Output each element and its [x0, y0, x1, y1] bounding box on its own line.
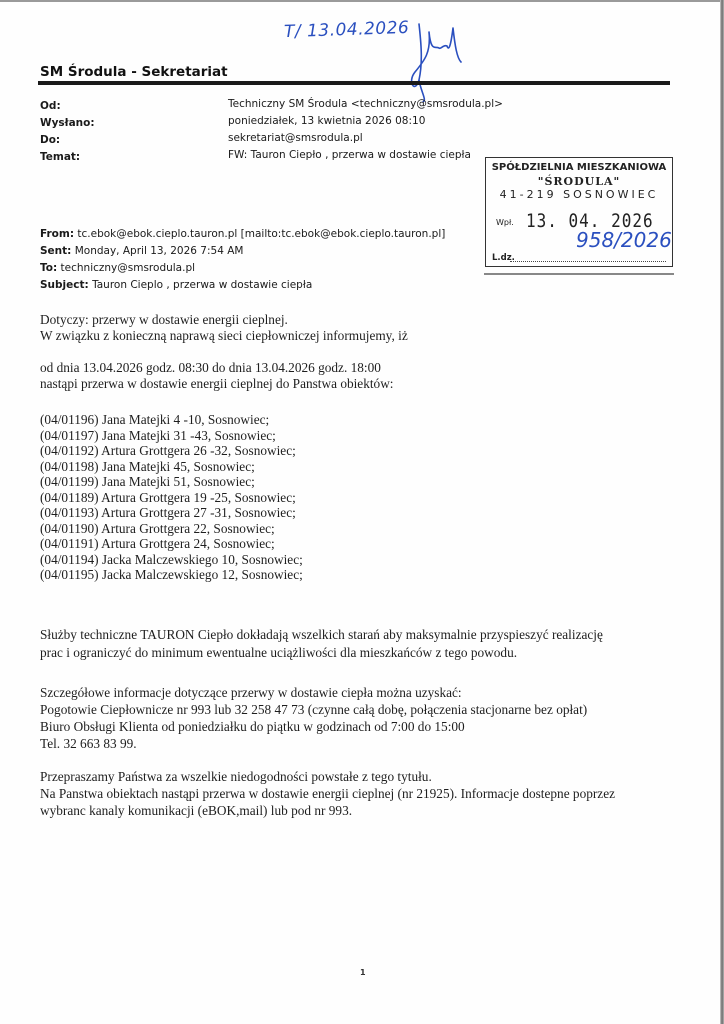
- body-line: Pogotowie Ciepłownicze nr 993 lub 32 258…: [40, 702, 587, 718]
- body-line: Dotyczy: przerwy w dostawie energii ciep…: [40, 312, 288, 328]
- scanned-document-page: T/ 13.04.2026 SM Środula - Sekretariat O…: [0, 0, 724, 1024]
- stamp-received-label: Wpł.: [496, 218, 514, 227]
- list-item: (04/01193) Artura Grottgera 27 -31, Sosn…: [40, 505, 303, 521]
- list-item: (04/01196) Jana Matejki 4 -10, Sosnowiec…: [40, 412, 303, 428]
- body-line: od dnia 13.04.2026 godz. 08:30 do dnia 1…: [40, 360, 381, 376]
- list-item: (04/01189) Artura Grottgera 19 -25, Sosn…: [40, 490, 303, 506]
- page-number: 1: [360, 968, 366, 977]
- forwarded-from: From: tc.ebok@ebok.cieplo.tauron.pl [mai…: [40, 228, 445, 240]
- handwritten-date-annotation: T/ 13.04.2026: [284, 18, 410, 42]
- header-label-from: Od:: [40, 100, 61, 112]
- header-label-to: Do:: [40, 134, 60, 146]
- list-item: (04/01190) Artura Grottgera 22, Sosnowie…: [40, 521, 303, 537]
- stamp-org-line: SPÓŁDZIELNIA MIESZKANIOWA: [486, 162, 672, 173]
- stamp-shadow-rule: [484, 273, 674, 275]
- stamp-address-line: 41-219 SOSNOWIEC: [486, 188, 672, 201]
- header-label-subject: Temat:: [40, 151, 80, 163]
- stamp-dotted-line: [510, 261, 666, 262]
- body-line: nastąpi przerwa w dostawie energii ciepl…: [40, 376, 394, 392]
- list-item: (04/01192) Artura Grottgera 26 -32, Sosn…: [40, 443, 303, 459]
- body-line: Biuro Obsługi Klienta od poniedziałku do…: [40, 719, 465, 735]
- list-item: (04/01197) Jana Matejki 31 -43, Sosnowie…: [40, 428, 303, 444]
- scan-edge-right: [720, 0, 724, 1024]
- registry-stamp: SPÓŁDZIELNIA MIESZKANIOWA "ŚRODULA" 41-2…: [485, 157, 673, 267]
- signature-icon: [405, 22, 465, 102]
- header-label-sent: Wysłano:: [40, 117, 95, 129]
- list-item: (04/01198) Jana Matejki 45, Sosnowiec;: [40, 459, 303, 475]
- body-line: Tel. 32 663 83 99.: [40, 736, 137, 752]
- list-item: (04/01191) Artura Grottgera 24, Sosnowie…: [40, 536, 303, 552]
- title-divider: [38, 81, 670, 85]
- body-line: Przepraszamy Państwa za wszelkie niedogo…: [40, 769, 432, 785]
- body-line: W związku z konieczną naprawą sieci ciep…: [40, 328, 408, 344]
- body-line: Szczegółowe informacje dotyczące przerwy…: [40, 685, 462, 701]
- body-line: wybranc kanaly komunikacji (eBOK,mail) l…: [40, 803, 352, 819]
- body-line: Służby techniczne TAURON Ciepło dokładaj…: [40, 627, 603, 643]
- header-value-to: sekretariat@smsrodula.pl: [228, 132, 363, 144]
- stamp-name-line: "ŚRODULA": [486, 175, 672, 188]
- stamp-registry-number: 958/2026: [576, 228, 672, 252]
- forwarded-subject: Subject: Tauron Cieplo , przerwa w dosta…: [40, 279, 312, 291]
- forwarded-sent: Sent: Monday, April 13, 2026 7:54 AM: [40, 245, 243, 257]
- body-line: prac i ograniczyć do minimum ewentualne …: [40, 645, 517, 661]
- list-item: (04/01194) Jacka Malczewskiego 10, Sosno…: [40, 552, 303, 568]
- header-value-subject: FW: Tauron Ciepło , przerwa w dostawie c…: [228, 149, 471, 161]
- list-item: (04/01195) Jacka Malczewskiego 12, Sosno…: [40, 567, 303, 583]
- forwarded-to: To: techniczny@smsrodula.pl: [40, 262, 195, 274]
- header-value-from: Techniczny SM Środula <techniczny@smsrod…: [228, 98, 503, 110]
- list-item: (04/01199) Jana Matejki 51, Sosnowiec;: [40, 474, 303, 490]
- header-value-sent: poniedziałek, 13 kwietnia 2026 08:10: [228, 115, 425, 127]
- address-list: (04/01196) Jana Matejki 4 -10, Sosnowiec…: [40, 412, 303, 583]
- body-line: Na Panstwa obiektach nastąpi przerwa w d…: [40, 786, 615, 802]
- scan-edge-top: [0, 0, 724, 2]
- mailbox-title: SM Środula - Sekretariat: [40, 64, 228, 80]
